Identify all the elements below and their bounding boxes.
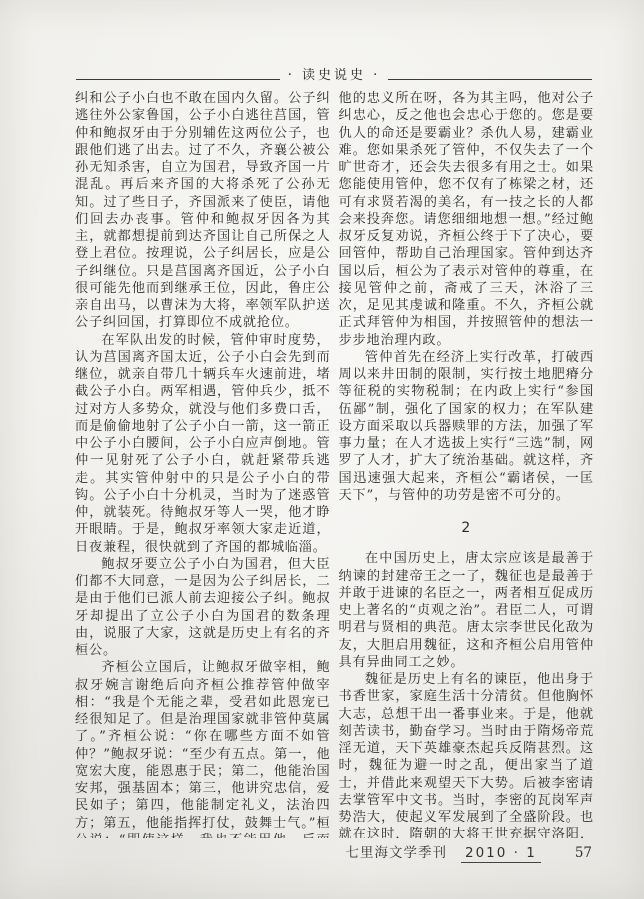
page-footer: 七里海文学季刊 2010 · 1 57 — [75, 841, 592, 863]
issue-number: 2010 · 1 — [461, 845, 541, 863]
paragraph: 纠和公子小白也不敢在国内久留。公子纠逃往外公家鲁国，公子小白逃往莒国，管仲和鲍叔… — [75, 90, 331, 332]
left-column: 纠和公子小白也不敢在国内久留。公子纠逃往外公家鲁国，公子小白逃往莒国，管仲和鲍叔… — [75, 90, 331, 838]
journal-title: 七里海文学季刊 — [345, 841, 447, 861]
right-column: 他的忠义所在呀，各为其主吗，他对公子纠忠心，反之他也会忠心于您的。您是要仇人的命… — [339, 90, 595, 838]
page-number: 57 — [575, 845, 592, 861]
header-rule-right — [388, 79, 592, 80]
paragraph: 在中国历史上，唐太宗应该是最善于纳谏的封建帝王之一了，魏征也是最善于并敢于进谏的… — [339, 550, 595, 671]
page-header: · 读史说史 · — [0, 0, 644, 83]
paragraph: 鲍叔牙要立公子小白为国君，但大臣们都不大同意，一是因为公子纠居长，二是由于他们已… — [75, 556, 331, 660]
right-column-paragraphs-top: 他的忠义所在呀，各为其主吗，他对公子纠忠心，反之他也会忠心于您的。您是要仇人的命… — [339, 90, 595, 504]
paragraph: 齐桓公立国后，让鲍叔牙做宰相，鲍叔牙婉言谢绝后向齐桓公推荐管仲做宰相：“我是个无… — [75, 659, 331, 838]
header-rule-left — [76, 79, 280, 80]
paragraph: 魏征是历史上有名的谏臣，他出身于书香世家，家庭生活十分清贫。但他胸怀大志，总想干… — [339, 671, 595, 838]
paragraph: 在军队出发的时候，管仲审时度势，认为莒国离齐国太近，公子小白会先到而继位，就亲自… — [75, 332, 331, 556]
section-number: 2 — [339, 520, 595, 537]
section-header-title: · 读史说史 · — [280, 64, 389, 83]
left-column-paragraphs: 纠和公子小白也不敢在国内久留。公子纠逃往外公家鲁国，公子小白逃往莒国，管仲和鲍叔… — [75, 90, 331, 838]
magazine-page: · 读史说史 · 纠和公子小白也不敢在国内久留。公子纠逃往外公家鲁国，公子小白逃… — [0, 0, 644, 899]
right-column-paragraphs-bottom: 在中国历史上，唐太宗应该是最善于纳谏的封建帝王之一了，魏征也是最善于并敢于进谏的… — [339, 550, 595, 838]
paragraph: 他的忠义所在呀，各为其主吗，他对公子纠忠心，反之他也会忠心于您的。您是要仇人的命… — [339, 90, 595, 349]
text-columns: 纠和公子小白也不敢在国内久留。公子纠逃往外公家鲁国，公子小白逃往莒国，管仲和鲍叔… — [0, 83, 644, 838]
paragraph: 管仲首先在经济上实行改革，打破西周以来井田制的限制，实行按土地肥瘠分等征税的实物… — [339, 349, 595, 504]
